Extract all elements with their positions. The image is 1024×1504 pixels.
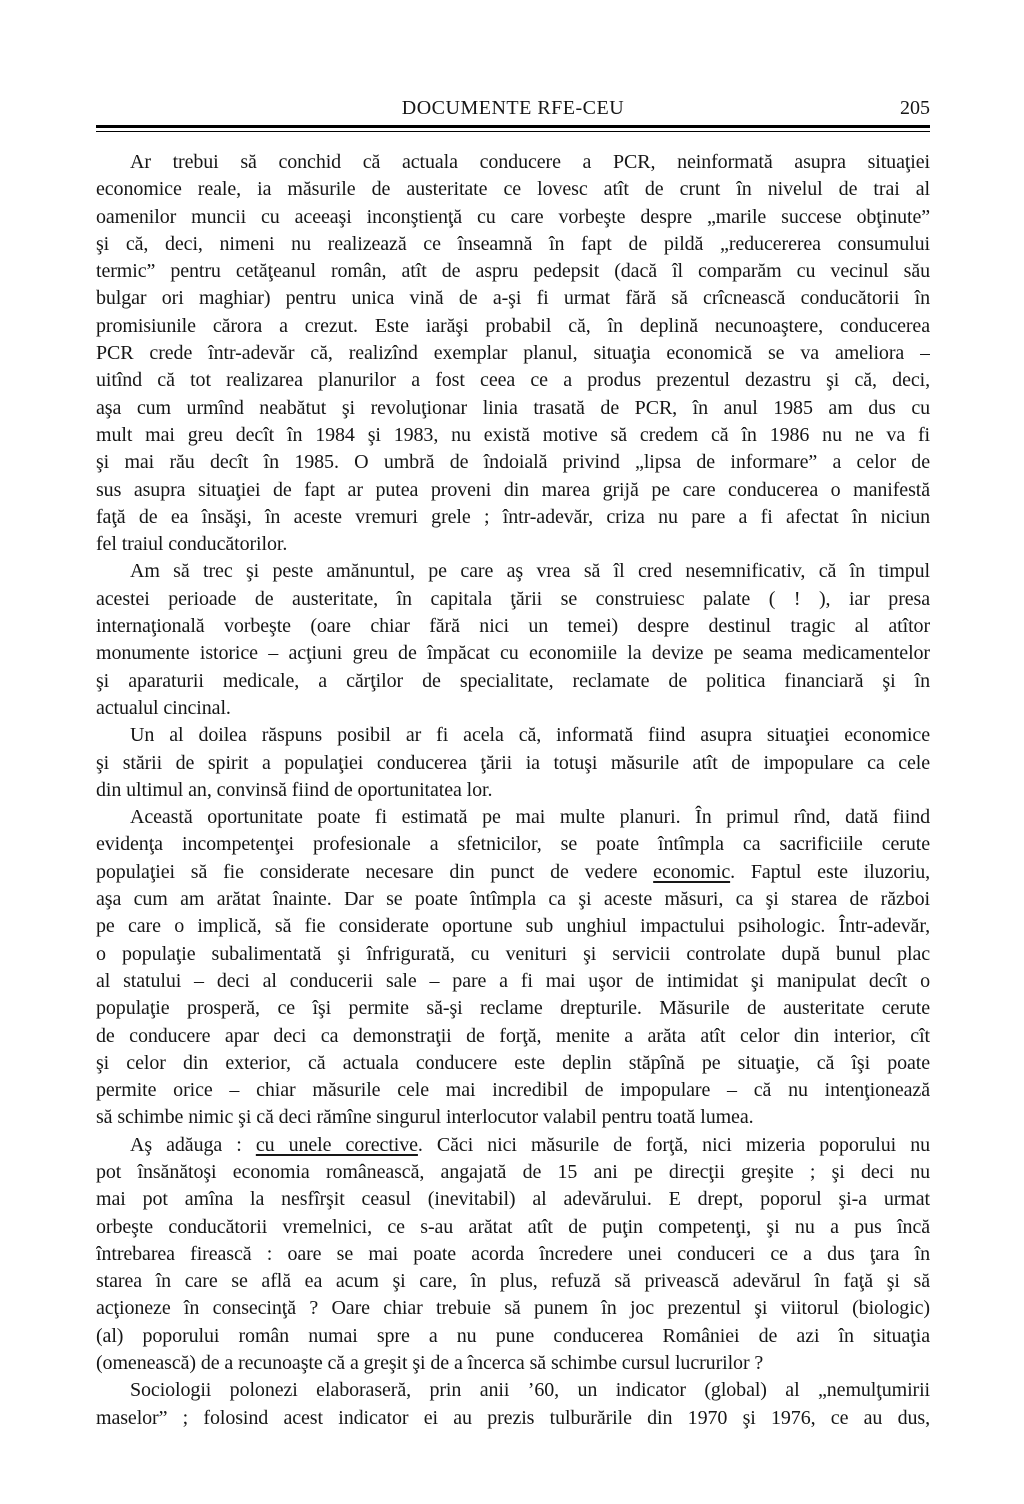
text-line: sus asupra situaţiei de fapt ar putea pr… (96, 477, 930, 504)
page-header: DOCUMENTE RFE-CEU 205 (96, 0, 930, 132)
text-line: şi stării de spirit a populaţiei conduce… (96, 750, 930, 777)
page-number: 205 (900, 96, 930, 120)
paragraph: Sociologii polonezi elaboraseră, prin an… (96, 1377, 930, 1432)
text-line: aşa cum am arătat înainte. Dar se poate … (96, 886, 930, 913)
text-line: starea în care se află ea acum şi care, … (96, 1268, 930, 1295)
text-line: Sociologii polonezi elaboraseră, prin an… (96, 1377, 930, 1404)
text-line: o populaţie subalimentată şi înfrigurată… (96, 941, 930, 968)
text-line: Am să trec şi peste amănuntul, pe care a… (96, 558, 930, 585)
text-line: oamenilor muncii cu aceeaşi inconştienţă… (96, 204, 930, 231)
text-line: populaţie prosperă, ce îşi permite să-şi… (96, 995, 930, 1022)
paragraph: Aş adăuga : cu unele corective. Căci nic… (96, 1132, 930, 1378)
text-line: pe care o implică, să fie considerate op… (96, 913, 930, 940)
text-line: uitînd că tot realizarea planurilor a fo… (96, 367, 930, 394)
text-line: pot însănătoşi economia românească, anga… (96, 1159, 930, 1186)
text-line: şi mai rău decît în 1985. O umbră de înd… (96, 449, 930, 476)
text-line: să schimbe nimic şi că deci rămîne singu… (96, 1104, 930, 1131)
text-line: din ultimul an, convinsă fiind de oportu… (96, 777, 930, 804)
text-line: economice reale, ia măsurile de austerit… (96, 176, 930, 203)
text-line: populaţiei să fie considerate necesare d… (96, 859, 930, 886)
text-line: evidenţa incompetenţei profesionale a sf… (96, 831, 930, 858)
text-line: fel traiul conducătorilor. (96, 531, 930, 558)
document-page: DOCUMENTE RFE-CEU 205 Ar trebui să conch… (0, 0, 1024, 1504)
text-line: monumente istorice – acţiuni greu de împ… (96, 640, 930, 667)
text-line: permite orice – chiar măsurile cele mai … (96, 1077, 930, 1104)
text-line: internaţională vorbeşte (oare chiar fără… (96, 613, 930, 640)
paragraph: Un al doilea răspuns posibil ar fi acela… (96, 722, 930, 804)
paragraph: Ar trebui să conchid că actuala conducer… (96, 149, 930, 558)
text-line: Ar trebui să conchid că actuala conducer… (96, 149, 930, 176)
running-title: DOCUMENTE RFE-CEU (96, 96, 930, 120)
underlined-text: economic (653, 861, 730, 883)
text-line: şi că, deci, nimeni nu realizează ce îns… (96, 231, 930, 258)
text-line: acţioneze în consecinţă ? Oare chiar tre… (96, 1295, 930, 1322)
text-line: aşa cum urmînd neabătut şi revoluţionar … (96, 395, 930, 422)
text-line: promisiunile cărora a crezut. Este iarăş… (96, 313, 930, 340)
paragraph: Am să trec şi peste amănuntul, pe care a… (96, 558, 930, 722)
text-line: Aş adăuga : cu unele corective. Căci nic… (96, 1132, 930, 1159)
text-line: şi aparaturii medicale, a cărţilor de sp… (96, 668, 930, 695)
text-line: mai pot amîna la nesfîrşit ceasul (inevi… (96, 1186, 930, 1213)
text-line: maselor” ; folosind acest indicator ei a… (96, 1405, 930, 1432)
text-line: şi celor din exterior, că actuala conduc… (96, 1050, 930, 1077)
paragraph: Această oportunitate poate fi estimată p… (96, 804, 930, 1132)
text-line: al statului – deci al conducerii sale – … (96, 968, 930, 995)
text-line: (omenească) de a recunoaşte că a greşit … (96, 1350, 930, 1377)
text-line: termic” pentru cetăţeanul român, atît de… (96, 258, 930, 285)
text-line: PCR crede într-adevăr că, realizînd exem… (96, 340, 930, 367)
text-line: orbeşte conducătorii vremelnici, ce s-au… (96, 1214, 930, 1241)
text-line: faţă de ea însăşi, în aceste vremuri gre… (96, 504, 930, 531)
text-line: Un al doilea răspuns posibil ar fi acela… (96, 722, 930, 749)
header-row: DOCUMENTE RFE-CEU 205 (96, 96, 930, 122)
header-rule-divider (96, 125, 930, 132)
text-line: actualul cincinal. (96, 695, 930, 722)
text-line: întrebarea firească : oare se mai poate … (96, 1241, 930, 1268)
underlined-text: cu unele corective (256, 1134, 418, 1156)
document-body: Ar trebui să conchid că actuala conducer… (96, 149, 930, 1432)
text-line: acestei perioade de austeritate, în capi… (96, 586, 930, 613)
text-line: Această oportunitate poate fi estimată p… (96, 804, 930, 831)
text-line: bulgar ori maghiar) pentru unica vină de… (96, 285, 930, 312)
text-line: (al) poporului român numai spre a nu pun… (96, 1323, 930, 1350)
text-line: de conducere apar deci ca demonstraţii d… (96, 1023, 930, 1050)
text-line: mult mai greu decît în 1984 şi 1983, nu … (96, 422, 930, 449)
